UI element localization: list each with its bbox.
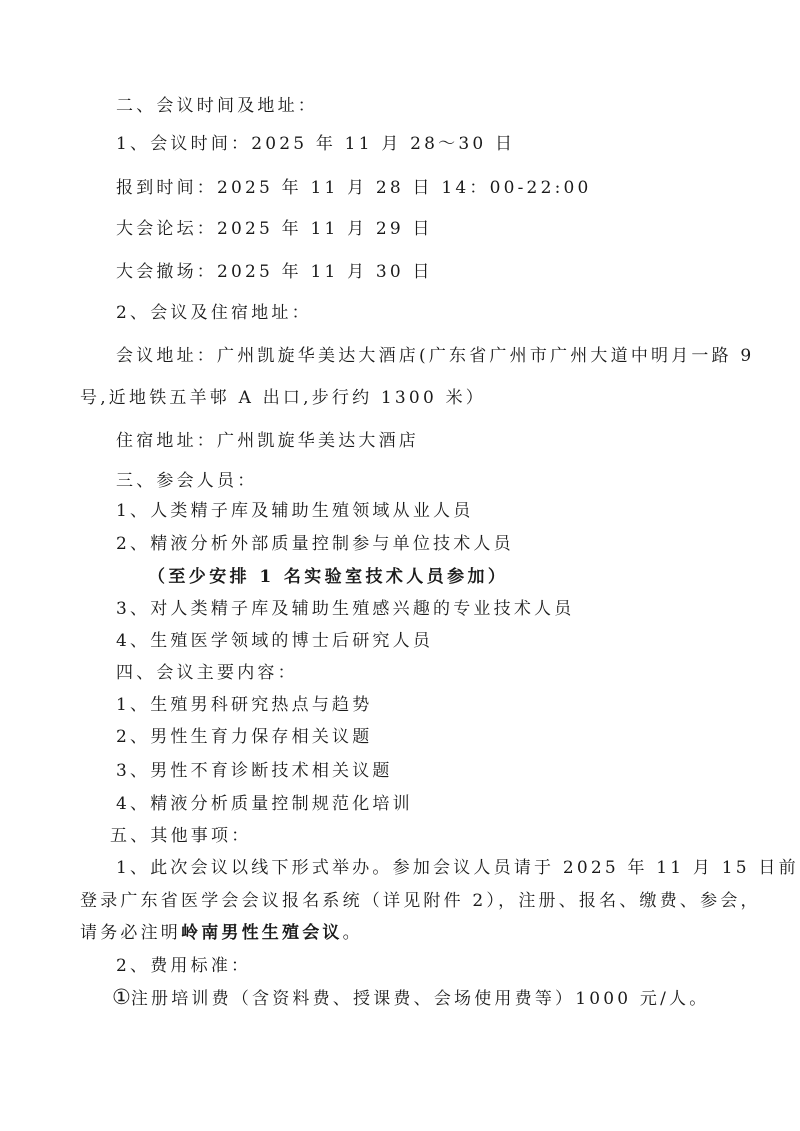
hotel-address: 住宿地址：广州凯旋华美达大酒店 (116, 430, 419, 452)
circled-one-marker: ① (112, 985, 131, 1009)
section-4-heading: 四、会议主要内容： (116, 662, 298, 684)
section-2-heading: 二、会议时间及地址： (116, 95, 318, 117)
document-page: 二、会议时间及地址： 1、会议时间：2025 年 11 月 28～30 日 报到… (0, 0, 800, 1131)
section-5-heading: 五、其他事项： (110, 825, 251, 847)
attendee-item-1: 1、人类精子库及辅助生殖领域从业人员 (116, 500, 473, 522)
attendee-item-3: 3、对人类精子库及辅助生殖感兴趣的专业技术人员 (116, 598, 574, 620)
period: 。 (343, 923, 363, 943)
fee-heading: 2、费用标准： (116, 955, 251, 977)
checkin-time: 报到时间：2025 年 11 月 28 日 14：00-22:00 (116, 177, 592, 199)
venue-address-line-2: 号,近地铁五羊邨 A 出口,步行约 1300 米） (80, 387, 486, 409)
content-item-1: 1、生殖男科研究热点与趋势 (116, 694, 372, 716)
attendee-note: （至少安排 1 名实验室技术人员参加） (148, 566, 508, 588)
meeting-name-bold: 岭南男性生殖会议 (181, 923, 343, 943)
fee-text: 注册培训费（含资料费、授课费、会场使用费等）1000 元/人。 (131, 989, 710, 1009)
forum-date: 大会论坛：2025 年 11 月 29 日 (116, 218, 433, 240)
attendee-item-2: 2、精液分析外部质量控制参与单位技术人员 (116, 533, 514, 555)
closing-date: 大会撤场：2025 年 11 月 30 日 (116, 261, 433, 283)
other-item-1-line-3: 请务必注明岭南男性生殖会议。 (80, 922, 363, 944)
other-item-1-line-2: 登录广东省医学会会议报名系统（详见附件 2），注册、报名、缴费、参会， (80, 890, 761, 912)
attendee-item-4: 4、生殖医学领域的博士后研究人员 (116, 630, 433, 652)
fee-item-1: ①注册培训费（含资料费、授课费、会场使用费等）1000 元/人。 (112, 986, 709, 1010)
other-item-1-line-1: 1、此次会议以线下形式举办。参加会议人员请于 2025 年 11 月 15 日前 (116, 857, 799, 879)
meeting-time: 1、会议时间：2025 年 11 月 28～30 日 (116, 133, 515, 155)
section-3-heading: 三、参会人员： (116, 470, 257, 492)
instruction-text: 请务必注明 (80, 923, 181, 943)
content-item-2: 2、男性生育力保存相关议题 (116, 726, 372, 748)
content-item-4: 4、精液分析质量控制规范化培训 (116, 793, 413, 815)
content-item-3: 3、男性不育诊断技术相关议题 (116, 760, 393, 782)
address-heading: 2、会议及住宿地址： (116, 302, 312, 324)
venue-address-line-1: 会议地址：广州凯旋华美达大酒店(广东省广州市广州大道中明月一路 9 (116, 345, 754, 367)
